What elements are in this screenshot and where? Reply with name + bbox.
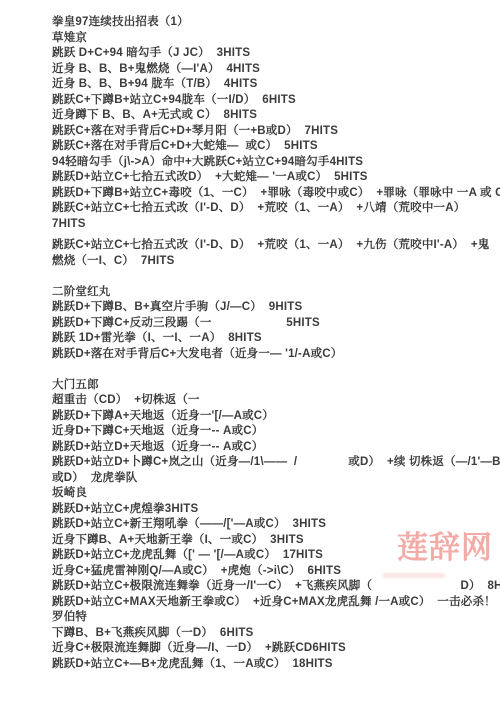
combo-line: 燃烧（一I、C） 7HITS [52,254,500,270]
combo-line: 近身C+极限流连舞脚（近身—/I、一D） +跳跃CD6HITS [52,641,500,657]
combo-line: 94轻暗勾手（j\->A）命中+大跳跃C+站立C+94暗勾手4HITS [52,155,500,171]
combo-line: 近身蹲下 B、B、A+无式或 C） 8HITS [52,108,500,124]
section-heading: 草雉京 [52,31,500,47]
combo-line: 跳跃C+下蹲B+站立C+94胧车（一I/D） 6HITS [52,93,500,109]
combo-line: 跳跃C+站立C+七拾五式改（I'-D、D） +荒咬（1、一A） +九伤（荒咬中I… [52,238,500,254]
combo-line: 跳跃D+下蹲C+反动三段踢（一 5HITS [52,316,500,332]
combo-line: 跳跃C+落在对手背后C+D+琴月阳（一+B或D） 7HITS [52,124,500,140]
combo-line: 跳跃D+站立C+七拾五式改D） +大蛇雉— '一A或C） 5HITS [52,170,500,186]
combo-line: 近身 B、B、B+94 胧车（T/B） 4HITS [52,77,500,93]
combo-line: 跳跃D+下蹲A+天地返（近身一'[/—A或C） [52,409,500,425]
combo-line: 跳跃 D+C+94 暗勾手（J JC） 3HITS [52,46,500,62]
combo-line: 或D） 龙虎拳队 [52,471,500,487]
combo-line: 跳跃D+站立D+天地返（近身一-- A或C） [52,440,500,456]
watermark: 莲辞网 [397,522,493,567]
combo-line: 跳跃C+站立C+七拾五式改（I'-D、D） +荒咬（1、一A） +八靖（荒咬中一… [52,201,500,217]
combo-line: 近身 B、B、B+鬼燃烧（—I'A） 4HITS [52,62,500,78]
section-heading: 坂崎良 [52,486,500,502]
combo-line: 跳跃D+落在对手背后C+大发电者（近身一— '1/-A或C） [52,347,500,363]
combo-line: 跳跃D+站立C+—B+龙虎乱舞（1、一A或C） 18HITS [52,657,500,673]
section-heading: 大门五郎 [52,378,500,394]
watermark-subtext-smudge [383,573,445,578]
combo-line: 跳跃D+站立C+MAX天地新王拳或C） +近身C+MAX龙虎乱舞 /一A或C） … [52,595,500,611]
combo-line: 跳跃D+下蹲B、B+真空片手驹（J/—C） 9HITS [52,300,500,316]
combo-line: 超重击（CD） +切株返（一 [52,393,500,409]
blank-line [52,269,500,285]
combo-line: 近身D+下蹲C+天地返（近身一-- A或C） [52,424,500,440]
combo-line: 跳跃 1D+雷光拳（I、一I、一A） 8HITS [52,331,500,347]
doc-title: 拳皇97连续技出招表（1） [52,15,500,31]
blank-line [52,362,500,378]
combo-line: 跳跃D+站立C+虎煌拳3HITS [52,502,500,518]
section-heading: 罗伯特 [52,610,500,626]
combo-line: 下蹲B、B+飞燕疾风脚（一D） 6HITS [52,626,500,642]
combo-line: 跳跃C+落在对手背后C+D+大蛇雉— 或C） 5HITS [52,139,500,155]
combo-line: 跳跃D+下蹲B+站立C+毒咬（1、一C） +罪咏（毒咬中或C） +罪咏（罪咏中 … [52,186,500,202]
section-heading: 二阶堂红丸 [52,285,500,301]
combo-line: 跳跃D+站立D+卜蹲C+岚之山（近身—/1\—— / 或D） +续 切株返（—/… [52,455,500,471]
combo-line: 跳跃D+站立C+极限流连舞拳（近身一/I'一C） +飞燕疾风脚（ D） 8HIT… [52,579,500,595]
combo-line: 7HITS [52,217,500,233]
